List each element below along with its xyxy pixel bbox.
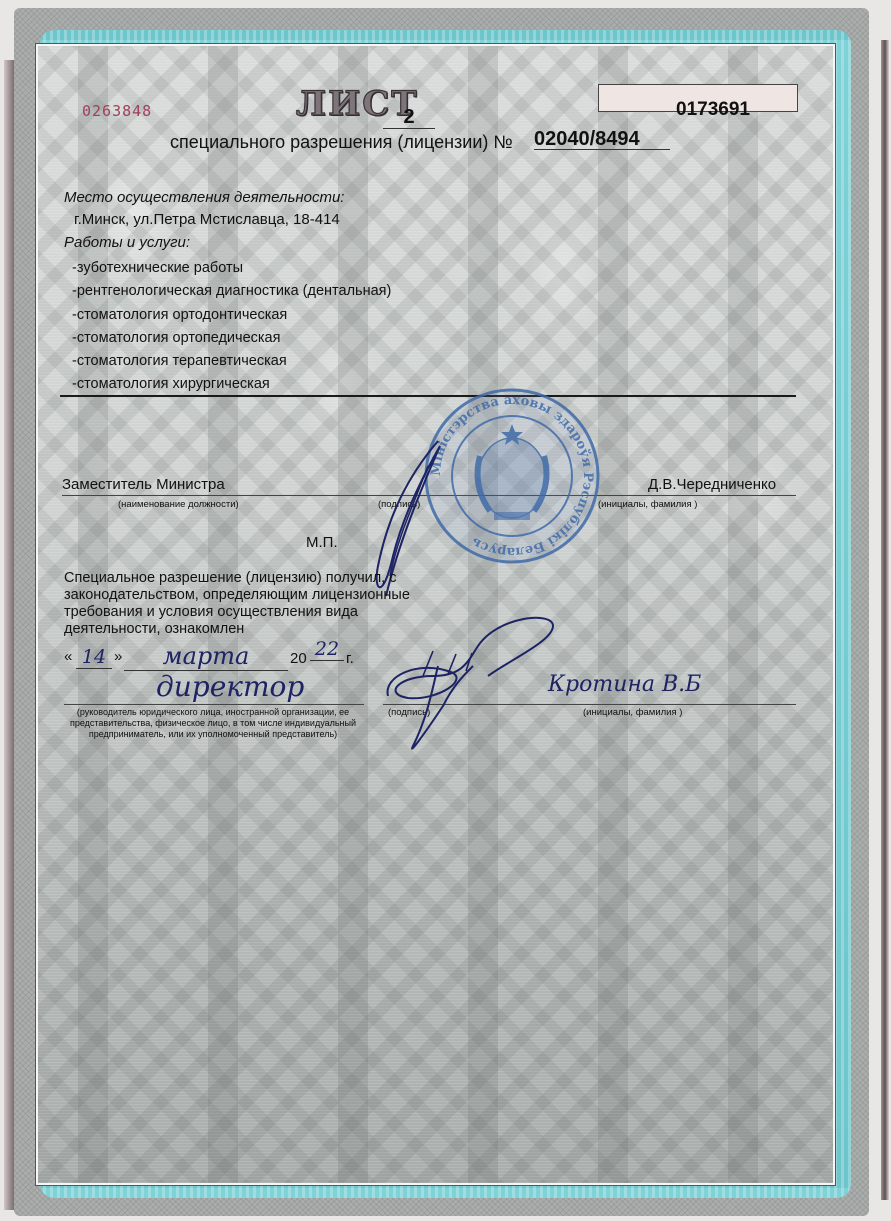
holder-position: директор: [156, 670, 304, 703]
holder-name-caption: (инициалы, фамилия ): [583, 707, 682, 718]
serial-number-red: 0263848: [82, 102, 152, 120]
services-label: Работы и услуги:: [64, 234, 190, 251]
stamp-place: М.П.: [306, 534, 338, 551]
service-item: -стоматология хирургическая: [72, 373, 391, 396]
service-item: -стоматология терапевтическая: [72, 350, 391, 373]
signature-line: [64, 704, 364, 705]
place-label: Место осуществления деятельности:: [64, 189, 344, 206]
service-item: -стоматология ортодонтическая: [72, 304, 391, 327]
back-sheet-edge-right: [881, 40, 889, 1200]
service-item: -стоматология ортопедическая: [72, 327, 391, 350]
official-seal-icon: Міністэрства аховы здароўя Рэспублікі Бе…: [422, 386, 602, 566]
license-sheet: 0263848 ЛИСТ 2 0173691 специального разр…: [36, 44, 835, 1185]
authority-name: Д.В.Чередниченко: [648, 476, 776, 493]
service-item: -рентгенологическая диагностика (денталь…: [72, 280, 391, 303]
sheet-number: 2: [383, 106, 435, 129]
license-number: 02040/8494: [534, 129, 670, 150]
name-caption: (инициалы, фамилия ): [598, 499, 697, 510]
position-caption: (наименование должности): [118, 499, 239, 510]
form-number: 0173691: [676, 99, 750, 121]
holder-caption: (руководитель юридического лица, иностра…: [68, 707, 358, 740]
acknowledgement-date: « 14 » марта 20 22 г.: [64, 646, 374, 670]
service-item: -зуботехнические работы: [72, 257, 391, 280]
license-subtitle: специального разрешения (лицензии) №: [170, 132, 513, 153]
date-month: марта: [124, 642, 288, 671]
date-day: 14: [76, 646, 112, 669]
holder-signature: [378, 606, 578, 756]
services-list: -зуботехнические работы -рентгенологичес…: [72, 257, 391, 397]
authority-position: Заместитель Министра: [62, 476, 225, 493]
address: г.Минск, ул.Петра Мстиславца, 18-414: [74, 211, 340, 228]
date-year: 22: [310, 638, 344, 661]
